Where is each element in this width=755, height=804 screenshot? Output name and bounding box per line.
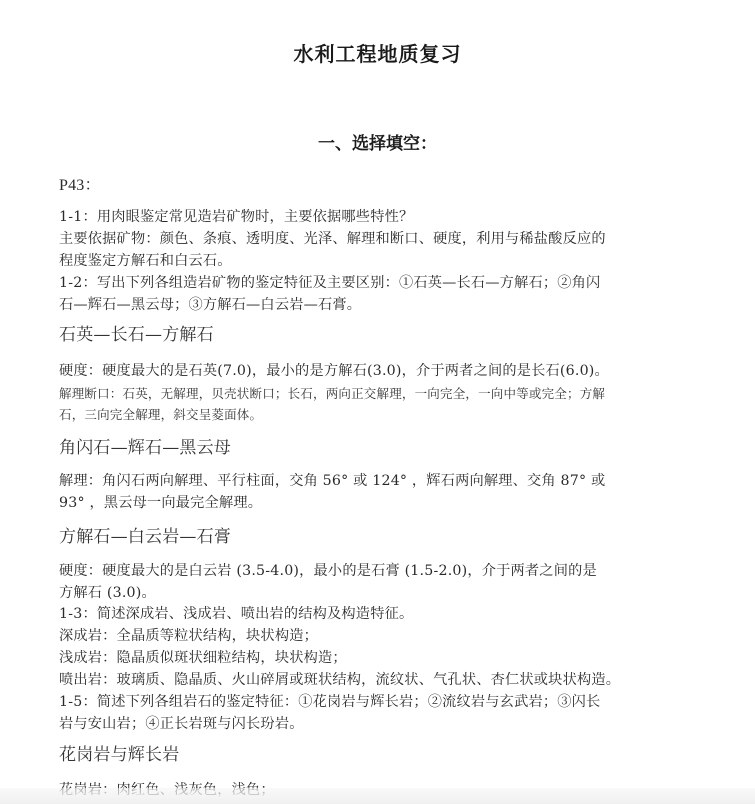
page-bottom-fade xyxy=(0,788,755,804)
page-reference: P43： xyxy=(59,176,101,196)
section-heading: 一、选择填空： xyxy=(0,129,755,154)
cleavage-line1: 解理断口：石英，无解理，贝壳状断口；长石，两向正交解理，一向完全，一向中等或完全… xyxy=(59,384,605,404)
answer-1-1-line2: 程度鉴定方解石和白云石。 xyxy=(59,251,232,271)
question-1-5-line2: 岩与安山岩；④正长岩斑与闪长玢岩。 xyxy=(59,714,304,734)
hardness-line2-2: 方解石 (3.0)。 xyxy=(59,583,156,603)
answer-1-1-line1: 主要依据矿物：颜色、条痕、透明度、光泽、解理和断口、硬度，利用与稀盐酸反应的 xyxy=(59,229,606,249)
document-page: 水利工程地质复习 一、选择填空： P43： 1-1：用肉眼鉴定常见造岩矿物时，主… xyxy=(0,0,755,804)
question-1-2-line1: 1-2：写出下列各组造岩矿物的鉴定特征及主要区别：①石英—长石—方解石；②角闪 xyxy=(59,273,600,293)
question-1-2-line2: 石—辉石—黑云母；③方解石—白云岩—石膏。 xyxy=(59,295,361,315)
cleavage-angle-line2: 93° ，黑云母一向最完全解理。 xyxy=(59,493,262,513)
question-1-3: 1-3：简述深成岩、浅成岩、喷出岩的结构及构造特征。 xyxy=(59,604,413,624)
cleavage-line2: 石，三向完全解理，斜交呈菱面体。 xyxy=(59,405,262,425)
subheading-amphibole-pyroxene-biotite: 角闪石—辉石—黑云母 xyxy=(59,438,231,458)
question-1-5-line1: 1-5：简述下列各组岩石的鉴定特征：①花岗岩与辉长岩；②流纹岩与玄武岩；③闪长 xyxy=(59,692,600,712)
hardness-line2-1: 硬度：硬度最大的是白云岩 (3.5-4.0)，最小的是石膏 (1.5-2.0)，… xyxy=(59,561,597,581)
hardness-line: 硬度：硬度最大的是石英(7.0)，最小的是方解石(3.0)，介于两者之间的是长石… xyxy=(59,361,609,381)
subheading-calcite-dolomite-gypsum: 方解石—白云岩—石膏 xyxy=(59,527,231,547)
plutonic-rock: 深成岩：全晶质等粒状结构，块状构造； xyxy=(59,626,318,646)
subheading-quartz-feldspar-calcite: 石英—长石—方解石 xyxy=(59,325,214,345)
subheading-granite-gabbro: 花岗岩与辉长岩 xyxy=(59,745,179,765)
cleavage-angle-line1: 解理：角闪石两向解理、平行柱面，交角 56° 或 124° ，辉石两向解理、交角… xyxy=(59,471,605,491)
document-title: 水利工程地质复习 xyxy=(0,38,755,67)
volcanic-rock: 喷出岩：玻璃质、隐晶质、火山碎屑或斑状结构，流纹状、气孔状、杏仁状或块状构造。 xyxy=(59,670,620,690)
hypabyssal-rock: 浅成岩：隐晶质似斑状细粒结构，块状构造； xyxy=(59,648,347,668)
question-1-1: 1-1：用肉眼鉴定常见造岩矿物时，主要依据哪些特性？ xyxy=(59,207,413,227)
